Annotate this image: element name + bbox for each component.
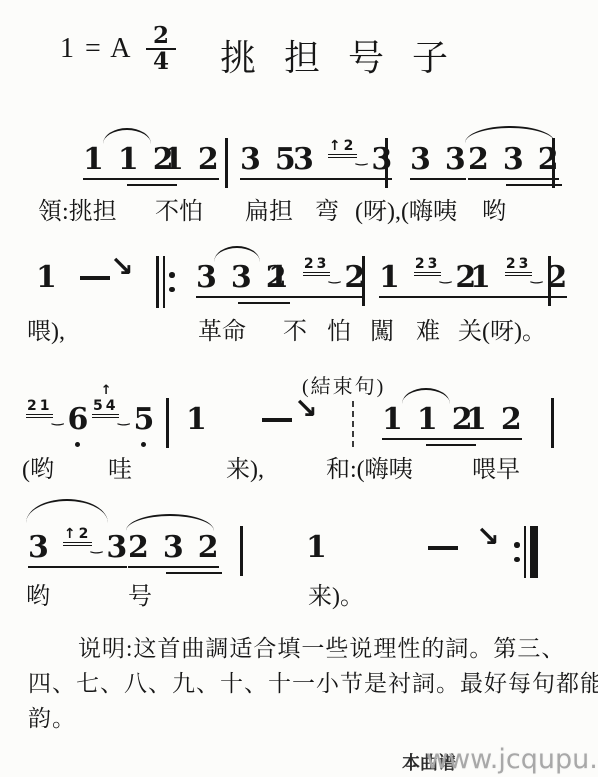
note: 2 [468,145,489,175]
lyric: 扁担 [245,191,293,226]
repeat-dots [514,542,520,562]
note: 1 [36,263,57,293]
barline [240,526,243,576]
grace-tie-icon: ‿ [531,269,543,283]
note-group: 123‿2 [470,263,567,298]
note-row: 232 [468,145,559,180]
duration-dash [428,546,458,550]
slur [26,499,108,523]
note-row: 1 [36,263,57,293]
barline [225,138,228,188]
sub-beam [127,184,177,187]
repeat-dot [514,557,520,563]
lyric: (呀),(嗨咦 [355,191,457,226]
note-row: 1 [186,405,207,435]
grace-note: ↑2‿ [328,139,357,158]
lyric: (哟 [22,449,54,484]
lyric: 关(呀)。 [458,311,546,346]
lyric: 哇 [108,449,132,484]
lyric: 領:挑担 [38,191,117,226]
note: 3 [196,263,217,293]
note-row: 112 [382,405,473,440]
lyric: 不 [283,311,307,346]
note: 3 [503,145,524,175]
slur [465,126,555,143]
note-row: 123‿2 [268,263,365,298]
note: 3 [163,533,184,563]
note-group: 3↑2‿3 [28,533,127,568]
slur [402,388,450,404]
note-row: 3↑2‿3 [293,145,392,180]
barline [166,398,169,448]
note-group: 232 [128,533,219,568]
slur [126,514,214,531]
note-row: 232 [128,533,219,568]
note: 3 [28,533,49,563]
note: 2 [198,533,219,563]
note: 1 [83,145,104,175]
note: 3 [106,533,127,563]
lyric: 号 [128,576,152,611]
lyric: 喂), [27,311,65,346]
lyric: 革命 [198,311,246,346]
repeat-dot [514,542,520,548]
note-row: 123‿2 [470,263,567,298]
note-row: 1 [306,533,327,563]
grace-tie-icon: ‿ [356,151,368,165]
slur [214,246,260,262]
barline [551,398,554,448]
grace-note: ↑2‿ [63,527,92,546]
note: 2 [501,405,522,435]
grace-tie-icon: ‿ [52,411,64,425]
note-group: 112 [382,405,473,440]
grace-tie-icon: ‿ [440,269,452,283]
note-group: 1 [36,263,57,293]
note-row: 35 [240,145,296,180]
dashed-barline [352,401,354,447]
note: 2 [128,533,149,563]
lyric: 喂早 [472,449,520,484]
grace-tie-icon: ‿ [91,539,103,553]
note: 3 [371,145,392,175]
note-group: 35 [240,145,296,180]
note-row: 123‿2 [379,263,476,298]
note: 5 [133,405,154,435]
note: 3 [445,145,466,175]
repeat-dot [169,272,175,278]
note-group: 1 [306,533,327,563]
grace-note: 23‿ [414,257,441,276]
note: 1 [470,263,491,293]
note: 3 [293,145,314,175]
barline [552,138,555,188]
note: 1 [268,263,289,293]
lyric: 闖 [370,311,394,346]
sub-beam [166,572,222,575]
lyric: 来)。 [308,576,364,611]
note: 1 [466,405,487,435]
note: 1 [379,263,400,293]
note-group: 21‿6 [26,405,88,435]
note-row: 33 [410,145,466,180]
note: 1 [163,145,184,175]
note-group: 12 [466,405,522,440]
note-group: 123‿2 [268,263,365,298]
note-row: 12 [163,145,219,180]
repeat-begin-sign [156,256,175,308]
watermark-url: www.jcqupu.com [426,744,598,775]
note: 1 [382,405,403,435]
lyric: 来), [226,449,264,484]
octave-dot [75,442,80,447]
note-row: 3↑2‿3 [28,533,127,568]
note-row: 54↑‿5 [92,405,154,435]
sub-beam [238,302,290,305]
repeat-thin-line [156,256,159,308]
repeat-dots [169,272,175,292]
section-annotation: (結束句) [302,370,385,399]
explanation-line: 韵。 [28,701,588,736]
descending-arrow-icon: ↘ [110,253,133,281]
note-row: 12 [466,405,522,440]
lyric: 怕 [327,311,351,346]
slur [103,128,151,144]
duration-dash [262,418,292,422]
octave-dot [141,442,146,447]
repeat-dot [169,287,175,293]
grace-tie-icon: ‿ [118,411,130,425]
repeat-thin-line [163,256,166,308]
lyric: 和:(嗨咦 [326,449,413,484]
note: 6 [67,405,88,435]
note-group: 54↑‿5 [92,405,154,435]
note: 3 [231,263,252,293]
note-group: 1 [186,405,207,435]
sheet-music-page: 1 = A 2 4 挑担号子 11212353↑2‿333232領:挑担不怕扁担… [0,0,598,777]
note: 3 [240,145,261,175]
note: 2 [538,145,559,175]
descending-arrow-icon: ↘ [476,523,499,551]
duration-dash [80,276,110,280]
sub-beam [426,444,476,447]
barline [548,256,551,306]
note: 1 [118,145,139,175]
lyric: 难 [416,311,440,346]
repeat-thin-line [524,526,527,578]
explanation-line: 说明:这首曲調适合填一些说理性的詞。第三、 [28,631,588,666]
repeat-thick-line [530,526,538,578]
note-row: 112 [83,145,174,180]
note: 1 [306,533,327,563]
note-group: 33 [410,145,466,180]
note: 2 [198,145,219,175]
up-arrow-icon: ↑ [101,384,112,398]
note: 3 [410,145,431,175]
lyric: 哟 [482,191,506,226]
descending-arrow-icon: ↘ [294,395,317,423]
grace-note: 23‿ [303,257,330,276]
note-group: 12 [163,145,219,180]
repeat-end-sign [514,526,538,578]
note: 1 [417,405,438,435]
grace-note: 21‿ [26,399,53,418]
note-group: 232 [468,145,559,180]
grace-note: 54↑‿ [92,399,119,418]
explanation-line: 四、七、八、九、十、十一小节是衬詞。最好每句都能押 [28,666,588,701]
grace-tie-icon: ‿ [329,269,341,283]
lyric: 不怕 [155,191,203,226]
lyric: 哟 [26,576,50,611]
barline [362,256,365,306]
watermark: 本曲谱 www.jcqupu.com [400,744,598,776]
note-group: 3↑2‿3 [293,145,392,180]
lyric: 弯 [315,191,339,226]
explanation-paragraph: 说明:这首曲調适合填一些说理性的詞。第三、 四、七、八、九、十、十一小节是衬詞。… [28,631,588,736]
note-group: 123‿2 [379,263,476,298]
note-row: 21‿6 [26,405,88,435]
barline [385,138,388,188]
grace-note: 23‿ [505,257,532,276]
note: 1 [186,405,207,435]
note-group: 112 [83,145,174,180]
